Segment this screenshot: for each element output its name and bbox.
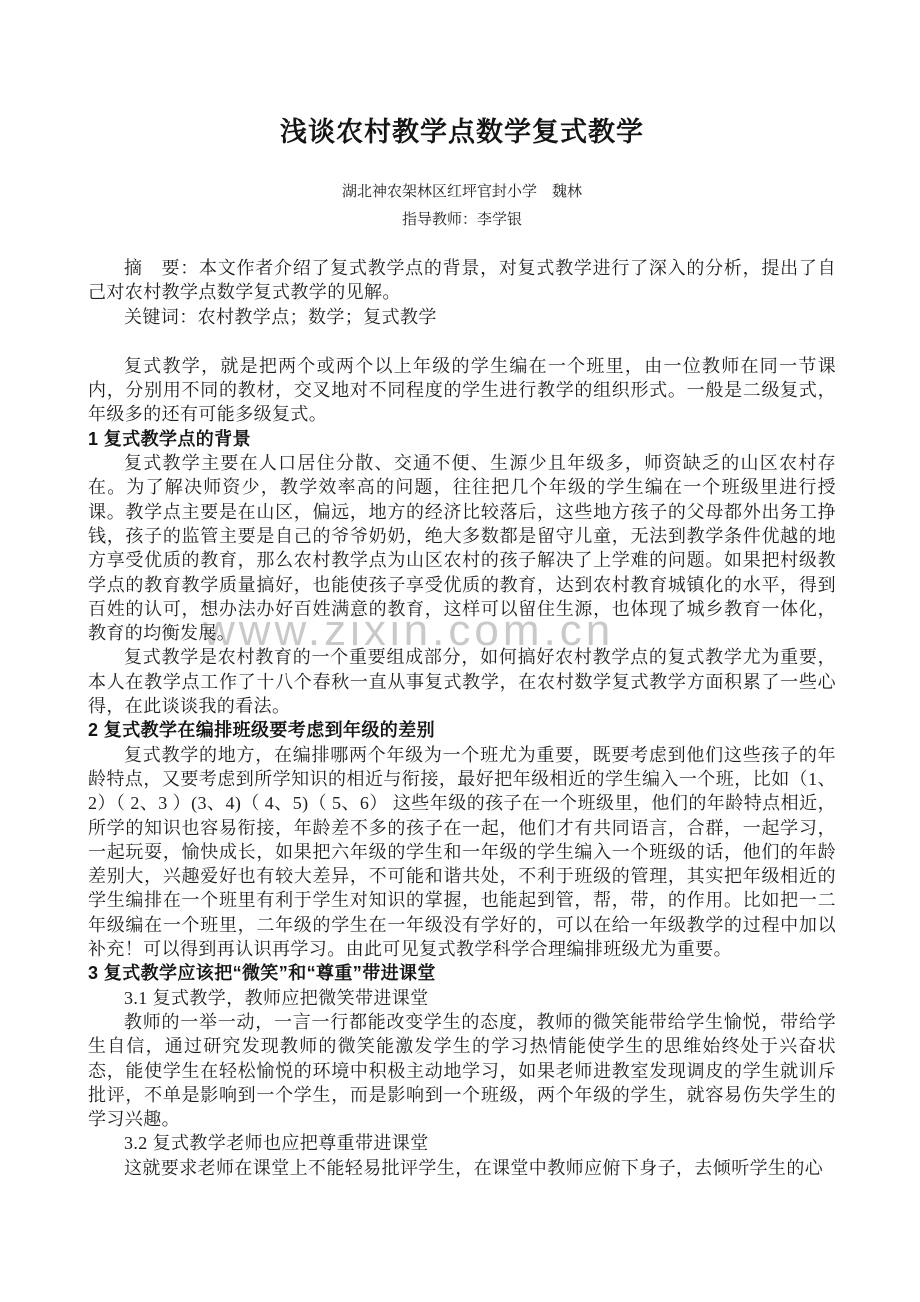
advisor-line: 指导教师：李学银 (88, 206, 836, 234)
document-page: www.zixin.com.cn 浅谈农村教学点数学复式教学 湖北神农架林区红坪… (0, 0, 920, 1302)
section-3-1-subheading: 3.1 复式教学，教师应把微笑带进课堂 (88, 986, 836, 1010)
document-title: 浅谈农村教学点数学复式教学 (88, 112, 836, 152)
document-content: 浅谈农村教学点数学复式教学 湖北神农架林区红坪官封小学 魏林 指导教师：李学银 … (88, 112, 836, 1180)
intro-paragraph: 复式教学，就是把两个或两个以上年级的学生编在一个班里，由一位教师在同一节课内，分… (88, 354, 836, 427)
section-1-heading: 1 复式教学点的背景 (88, 427, 836, 451)
section-3-2-subheading: 3.2 复式教学老师也应把尊重带进课堂 (88, 1131, 836, 1155)
section-3-2-paragraph: 这就要求老师在课堂上不能轻易批评学生，在课堂中教师应俯下身子，去倾听学生的心 (88, 1156, 836, 1180)
keywords-line: 关键词：农村教学点；数学；复式教学 (88, 305, 836, 329)
section-1-paragraph: 复式教学主要在人口居住分散、交通不便、生源少且年级多，师资缺乏的山区农村存在。为… (88, 451, 836, 645)
section-2-paragraph: 复式教学的地方，在编排哪两个年级为一个班尤为重要，既要考虑到他们这些孩子的年龄特… (88, 743, 836, 962)
front-matter: 摘 要：本文作者介绍了复式教学点的背景，对复式教学进行了深入的分析，提出了自己对… (88, 256, 836, 329)
abstract-paragraph: 摘 要：本文作者介绍了复式教学点的背景，对复式教学进行了深入的分析，提出了自己对… (88, 256, 836, 305)
section-2-heading: 2 复式教学在编排班级要考虑到年级的差别 (88, 718, 836, 742)
section-1-paragraph-2: 复式教学是农村教育的一个重要组成部分，如何搞好农村教学点的复式教学尤为重要，本人… (88, 645, 836, 718)
author-line: 湖北神农架林区红坪官封小学 魏林 (88, 178, 836, 206)
section-3-1-paragraph: 教师的一举一动，一言一行都能改变学生的态度，教师的微笑能带给学生愉悦，带给学生自… (88, 1010, 836, 1131)
section-3-heading: 3 复式教学应该把“微笑”和“尊重”带进课堂 (88, 961, 836, 985)
